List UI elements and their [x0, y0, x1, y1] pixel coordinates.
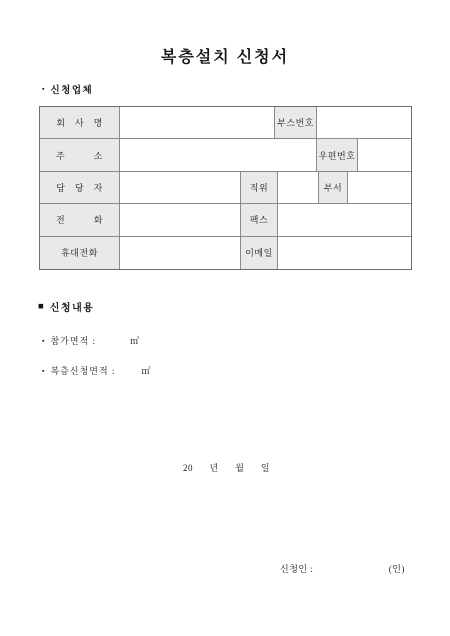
address-field[interactable]: [120, 139, 317, 171]
signature-row: 신청인 : (인): [280, 562, 405, 575]
fax-label: 팩스: [241, 204, 278, 236]
position-label: 직위: [241, 172, 278, 204]
email-label: 이메일: [241, 237, 278, 269]
table-row-phone: 전 화 팩스: [40, 204, 411, 236]
item-unit: ㎡: [130, 334, 139, 347]
list-item-participation-area: ▪ 참가면적 : ㎡: [42, 334, 139, 347]
list-item-duplex-area: ▪ 복층신청면적 : ㎡: [42, 364, 150, 377]
date-line: 20 년 월 일: [183, 461, 270, 474]
section-heading-applicant: ▪ 신청업체: [42, 82, 93, 96]
table-row-mobile: 휴대전화 이메일: [40, 237, 411, 269]
applicant-signature-label: 신청인 :: [280, 562, 313, 575]
booth-number-label: 부스번호: [275, 107, 317, 139]
table-row-address: 주 소 우편번호: [40, 139, 411, 171]
fax-field[interactable]: [278, 204, 411, 236]
mobile-phone-field[interactable]: [120, 237, 241, 269]
filled-square-bullet-icon: ■: [38, 302, 44, 312]
postal-code-label: 우편번호: [317, 139, 358, 171]
section-heading-text: 신청업체: [50, 82, 93, 96]
section-heading-content: ■ 신청내용: [38, 299, 94, 314]
contact-person-label: 담 당 자: [40, 172, 120, 204]
address-label: 주 소: [40, 139, 120, 171]
applicant-info-table: 회 사 명 부스번호 주 소 우편번호 담 당 자 직위 부서 전 화 팩스: [39, 106, 412, 270]
phone-field[interactable]: [120, 204, 241, 236]
square-bullet-icon: ▪: [42, 367, 44, 375]
table-row-contact: 담 당 자 직위 부서: [40, 172, 411, 204]
company-name-field[interactable]: [120, 107, 275, 139]
item-label: 복층신청면적 :: [50, 364, 115, 377]
position-field[interactable]: [278, 172, 319, 204]
item-unit: ㎡: [141, 364, 150, 377]
page-title: 복층설치 신청서: [0, 44, 450, 67]
phone-label: 전 화: [40, 204, 120, 236]
item-label: 참가면적 :: [50, 334, 96, 347]
department-field[interactable]: [348, 172, 411, 204]
square-bullet-icon: ▪: [42, 85, 44, 93]
table-row-company: 회 사 명 부스번호: [40, 107, 411, 139]
booth-number-field[interactable]: [317, 107, 411, 139]
square-bullet-icon: ▪: [42, 337, 44, 345]
email-field[interactable]: [278, 237, 411, 269]
section-heading-text: 신청내용: [50, 299, 95, 314]
department-label: 부서: [319, 172, 348, 204]
mobile-phone-label: 휴대전화: [40, 237, 120, 269]
postal-code-field[interactable]: [358, 139, 411, 171]
seal-mark: (인): [389, 562, 405, 575]
document-page: 복층설치 신청서 ▪ 신청업체 회 사 명 부스번호 주 소 우편번호 담 당 …: [0, 0, 450, 636]
contact-person-field[interactable]: [120, 172, 241, 204]
company-name-label: 회 사 명: [40, 107, 120, 139]
